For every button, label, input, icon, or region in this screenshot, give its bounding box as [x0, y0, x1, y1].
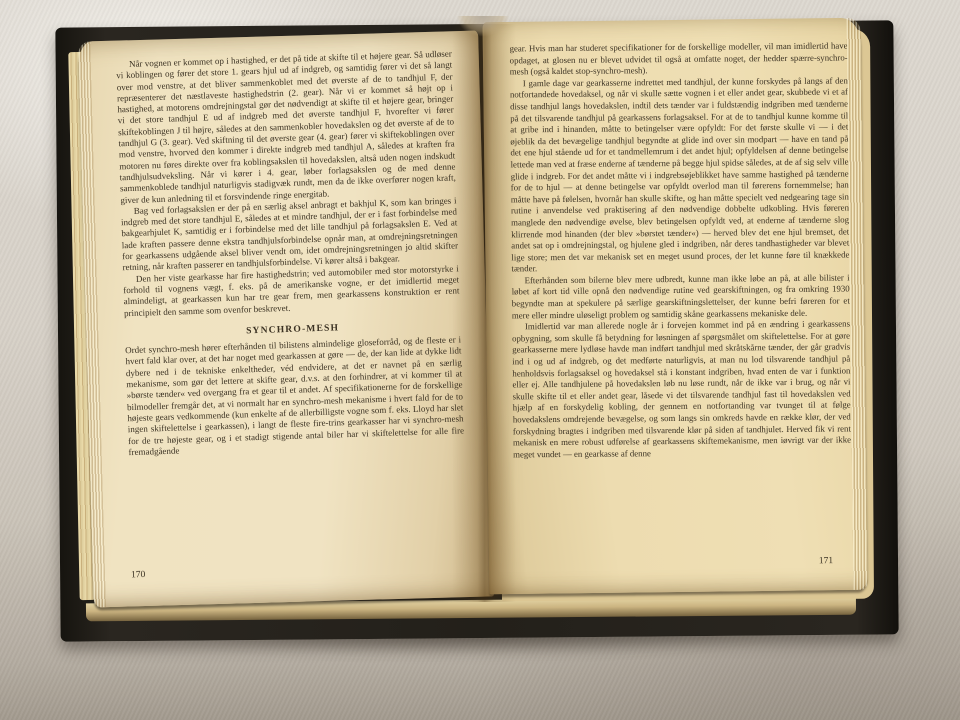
- paragraph: Efterhånden som bilerne blev mere udbred…: [512, 272, 850, 321]
- paragraph: gear. Hvis man har studeret specifikatio…: [510, 40, 848, 78]
- page-number-left: 170: [131, 570, 146, 580]
- left-page: Når vognen er kommet op i hastighed, er …: [78, 31, 494, 608]
- left-page-text: Når vognen er kommet op i hastighed, er …: [116, 49, 465, 459]
- paragraph: Imidlertid var man allerede nogle år i f…: [512, 319, 851, 461]
- page-number-right: 171: [819, 556, 833, 566]
- photo-scene: Når vognen er kommet op i hastighed, er …: [0, 0, 960, 720]
- paragraph: Bag ved forlagsakslen er der på en særli…: [121, 195, 459, 274]
- right-page: gear. Hvis man har studeret specifikatio…: [483, 18, 868, 595]
- paragraph: I gamle dage var gearkasserne indrettet …: [510, 75, 850, 275]
- right-page-text: gear. Hvis man har studeret specifikatio…: [510, 40, 852, 460]
- paragraph: Ordet synchro-mesh hører efterhånden til…: [125, 335, 464, 459]
- paragraph: Når vognen er kommet op i hastighed, er …: [116, 49, 457, 207]
